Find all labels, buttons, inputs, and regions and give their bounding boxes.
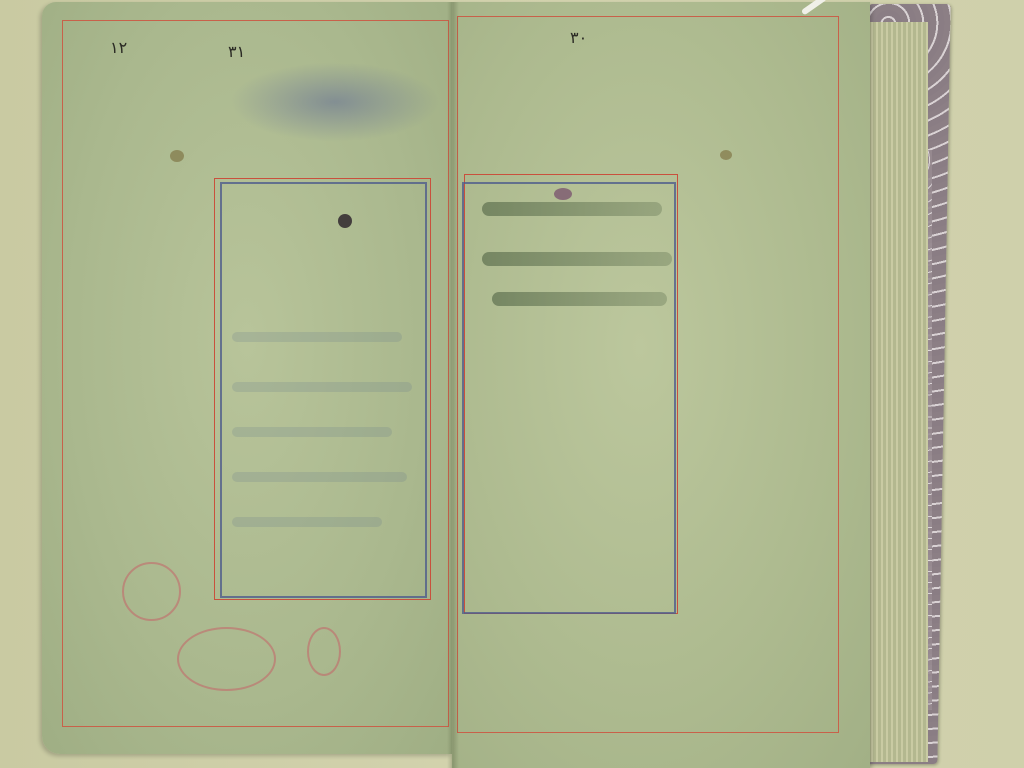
right-text-frame <box>462 174 687 619</box>
book-gutter <box>447 2 459 768</box>
folio-number-right: ٣٠ <box>570 28 587 47</box>
folio-number-left-outer: ١٢ <box>110 38 127 57</box>
page-edges <box>868 22 928 762</box>
script-line-3 <box>492 292 667 306</box>
folio-number-left-inner: ٣١ <box>228 42 245 61</box>
left-text-frame <box>214 178 434 618</box>
left-page: ١٢ ٣١ <box>42 2 452 754</box>
script-line-1 <box>482 202 662 216</box>
script-line-2 <box>482 252 672 266</box>
open-manuscript: ١٢ ٣١ ٣٠ <box>42 2 887 768</box>
headpiece-showthrough <box>230 62 440 142</box>
right-page: ٣٠ <box>452 2 870 768</box>
